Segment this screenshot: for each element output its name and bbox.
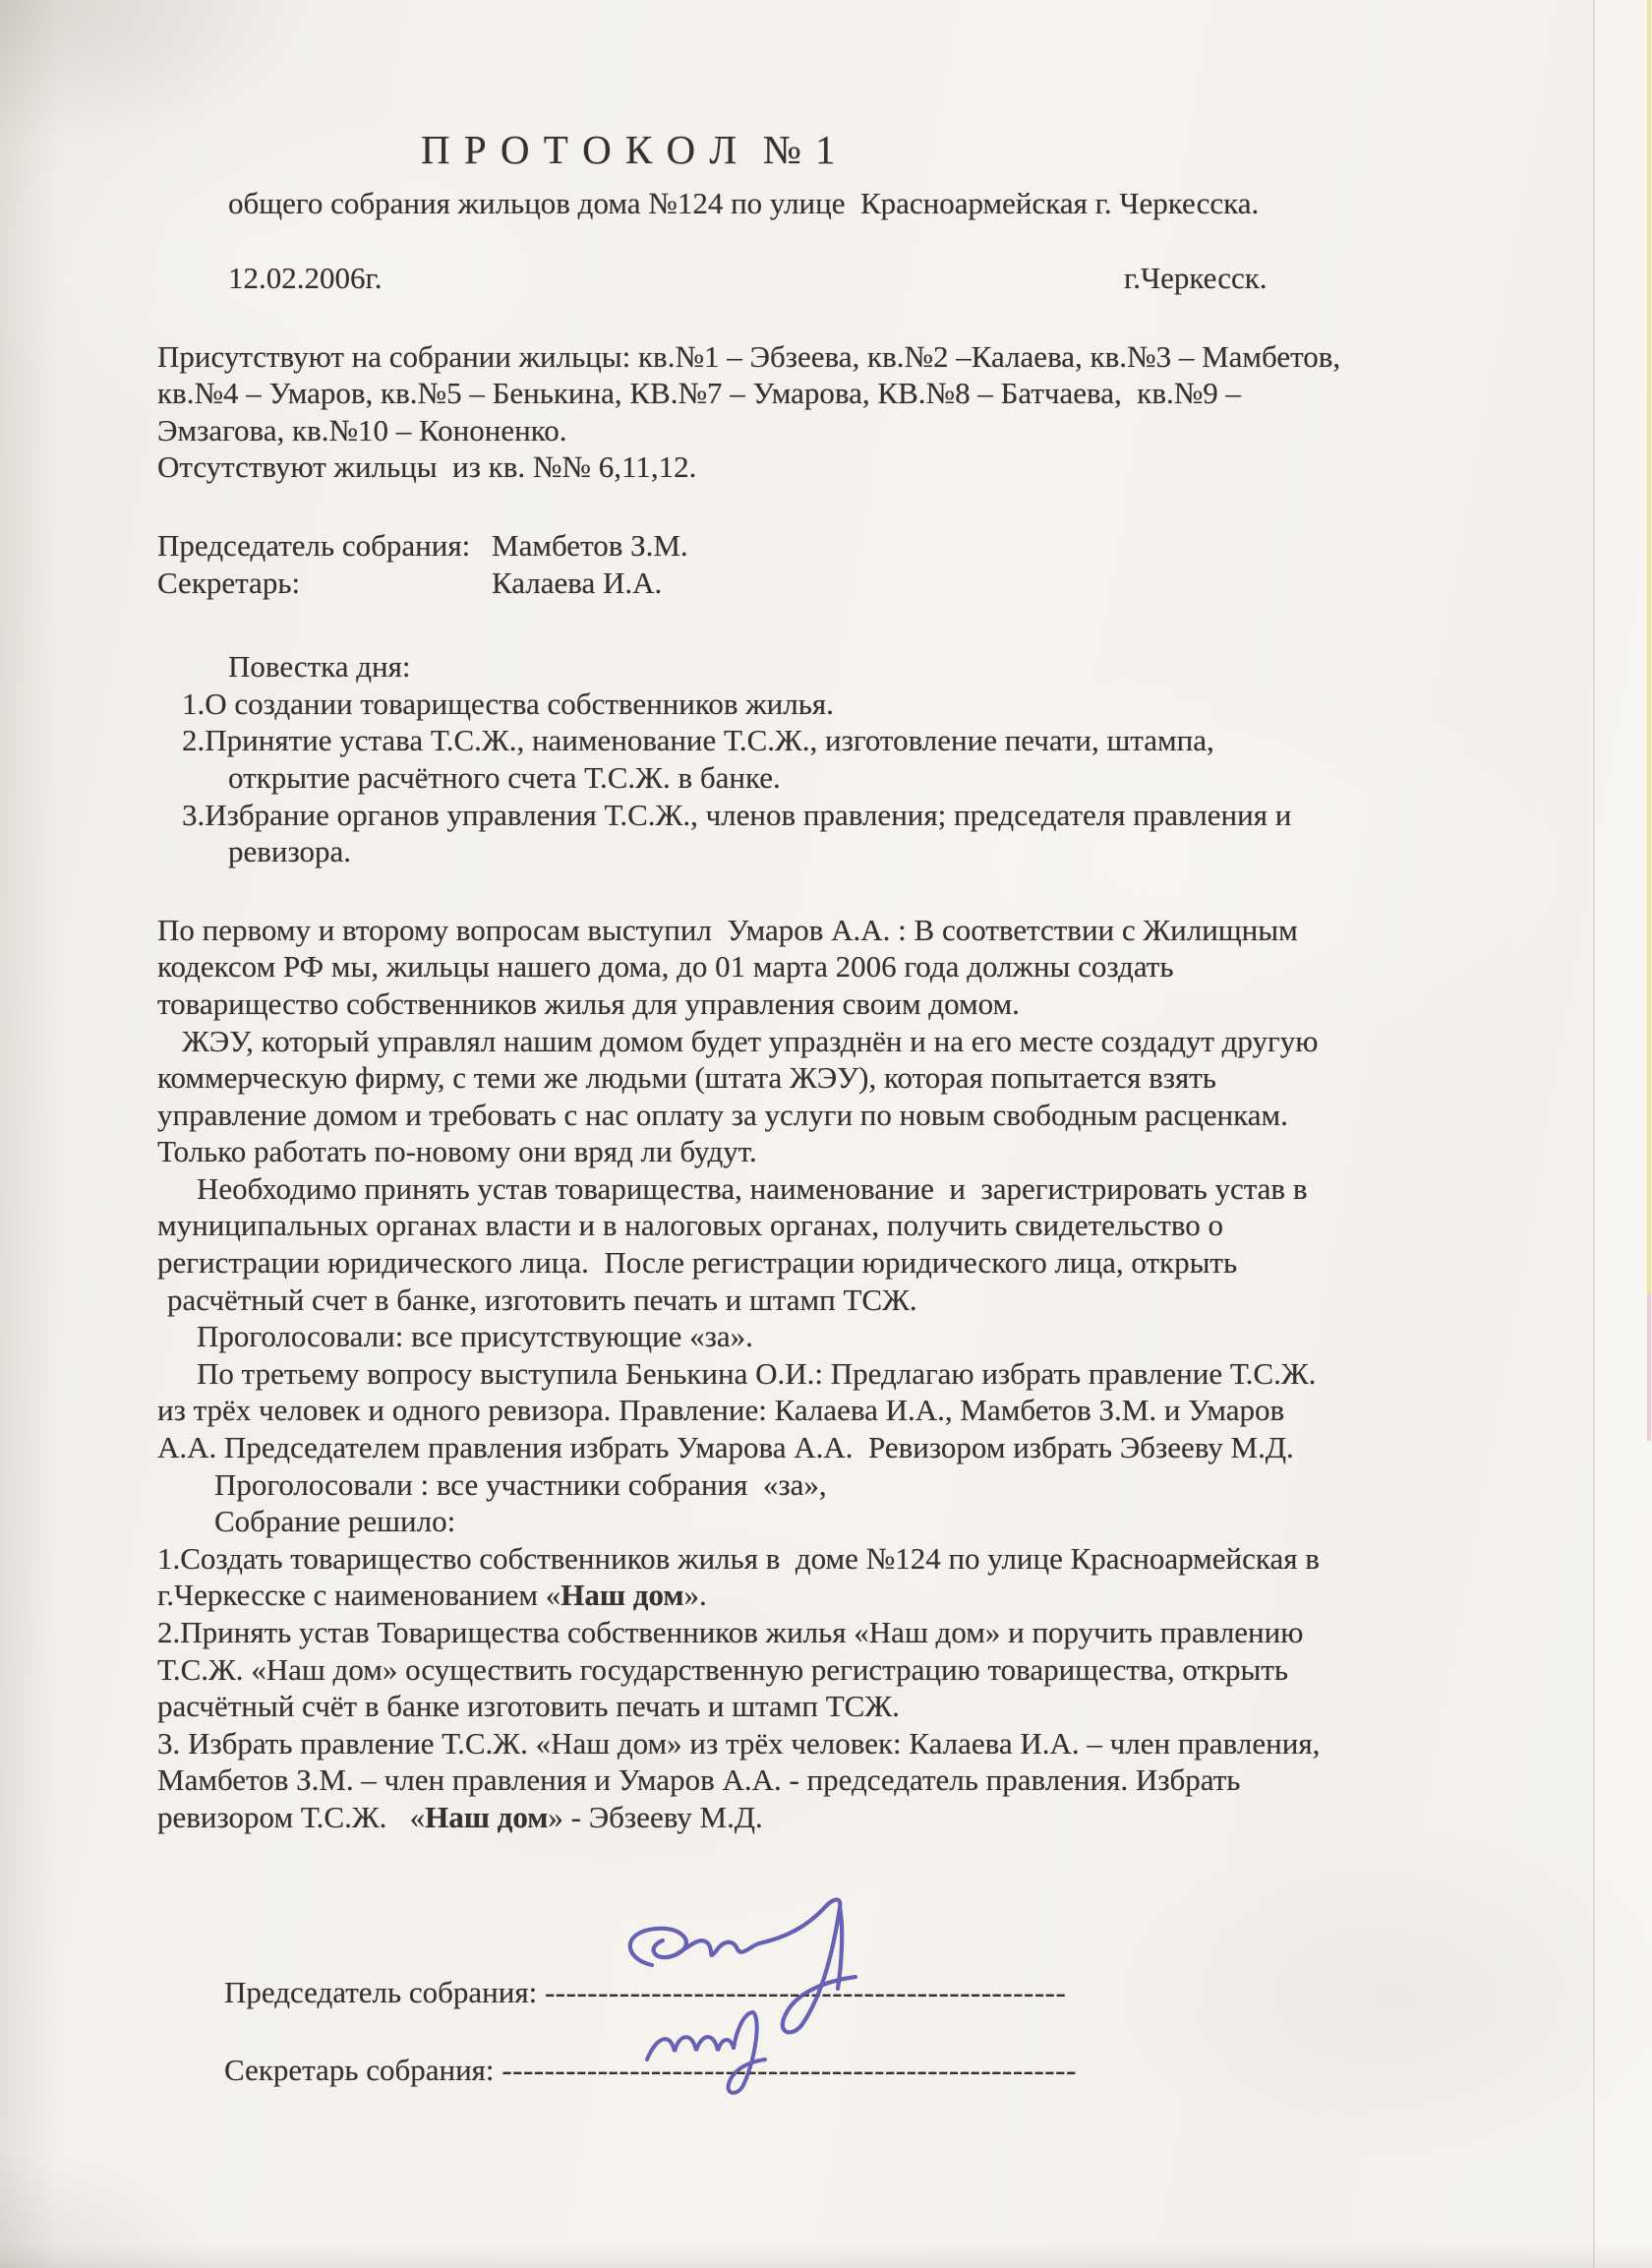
attendees-paragraph: Присутствуют на собрании жильцы: кв.№1 –… (157, 338, 1514, 486)
tsj-name-bold: Наш дом (425, 1800, 548, 1834)
document-city: г.Черкесск. (1124, 260, 1268, 297)
page-title: П Р О Т О К О Л № 1 (421, 126, 1514, 173)
document-date: 12.02.2006г. (228, 260, 382, 297)
chairman-signature-row: Председатель собрания: -----------------… (224, 1974, 1514, 2011)
agenda-item-3: 3.Избрание органов управления Т.С.Ж., чл… (182, 797, 1514, 834)
absent-line: Отсутствуют жильцы из кв. №№ 6,11,12. (157, 448, 1514, 486)
resolved-heading: Собрание решило: (214, 1503, 1514, 1540)
scan-left-shadow (0, 0, 59, 2268)
decision-1-line: г.Черкесске с наименованием «Наш дом». (157, 1577, 1514, 1614)
attendees-line: Эмзагова, кв.№10 – Кононенко. (157, 412, 1514, 449)
body-line: А.А. Председателем правления избрать Ума… (157, 1429, 1514, 1466)
scan-edge-yellow-line (1647, 0, 1651, 1293)
chairman-label: Председатель собрания: (157, 527, 492, 565)
decision-text: ». (683, 1578, 706, 1612)
decision-3-line: ревизором Т.С.Ж. «Наш дом» - Эбзееву М.Д… (157, 1799, 1514, 1836)
decision-text: ревизором Т.С.Ж. « (157, 1800, 425, 1834)
decision-text: г.Черкесске с наименованием « (157, 1578, 560, 1612)
body-line: муниципальных органах власти и в налогов… (157, 1207, 1514, 1244)
agenda-heading: Повестка дня: (228, 648, 1514, 686)
secretary-label: Секретарь: (157, 565, 492, 602)
page-subtitle: общего собрания жильцов дома №124 по ули… (228, 185, 1514, 222)
chairman-row: Председатель собрания: Мамбетов З.М. (157, 527, 1514, 565)
scan-right-strip (1595, 0, 1652, 2268)
decision-text: » - Эбзееву М.Д. (548, 1800, 762, 1834)
decision-2-line: 2.Принять устав Товарищества собственник… (157, 1614, 1514, 1651)
scan-bottom-shadow (0, 2242, 1652, 2268)
secretary-row: Секретарь: Калаева И.А. (157, 565, 1514, 602)
agenda-item-3-continued: ревизора. (228, 833, 1514, 870)
chairman-signature-line: ----------------------------------------… (545, 1975, 1066, 2009)
secretary-name: Калаева И.А. (492, 565, 662, 602)
body-line: кодексом РФ мы, жильцы нашего дома, до 0… (157, 948, 1514, 985)
body-line: По первому и второму вопросам выступил У… (157, 912, 1514, 949)
body-line: управление домом и требовать с нас оплат… (157, 1097, 1514, 1134)
secretary-signature-row: Секретарь собрания: --------------------… (224, 2052, 1514, 2089)
date-row: 12.02.2006г. г.Черкесск. (157, 260, 1514, 297)
secretary-signature-line: ----------------------------------------… (501, 2053, 1076, 2087)
body-line: По третьему вопросу выступила Бенькина О… (197, 1355, 1514, 1393)
body-line: Необходимо принять устав товарищества, н… (197, 1170, 1514, 1208)
body-line: регистрации юридического лица. После рег… (157, 1244, 1514, 1282)
body-line: расчётный счет в банке, изготовить печат… (167, 1282, 1514, 1319)
scan-fold-line (1593, 0, 1595, 2268)
tsj-name-bold: Наш дом (560, 1578, 683, 1612)
minutes-body: По первому и второму вопросам выступил У… (157, 912, 1514, 1836)
vote-result-line: Проголосовали : все участники собрания «… (214, 1466, 1514, 1504)
decision-3-line: Мамбетов З.М. – член правления и Умаров … (157, 1761, 1514, 1799)
body-line: товарищество собственников жилья для упр… (157, 985, 1514, 1023)
vote-result-line: Проголосовали: все присутствующие «за». (197, 1318, 1514, 1355)
secretary-signature-label: Секретарь собрания: (224, 2053, 501, 2087)
decision-3-line: 3. Избрать правление Т.С.Ж. «Наш дом» из… (157, 1725, 1514, 1762)
attendees-line: Присутствуют на собрании жильцы: кв.№1 –… (157, 338, 1514, 376)
body-line: коммерческую фирму, с теми же людьми (шт… (157, 1059, 1514, 1097)
body-line: из трёх человек и одного ревизора. Правл… (157, 1392, 1514, 1429)
agenda-block: Повестка дня: 1.О создании товарищества … (157, 648, 1514, 870)
decision-1-line: 1.Создать товарищество собственников жил… (157, 1540, 1514, 1578)
attendees-line: кв.№4 – Умаров, кв.№5 – Бенькина, КВ.№7 … (157, 375, 1514, 412)
officers-block: Председатель собрания: Мамбетов З.М. Сек… (157, 527, 1514, 601)
agenda-item-2: 2.Принятие устава Т.С.Ж., наименование Т… (182, 722, 1514, 759)
decision-2-line: Т.С.Ж. «Наш дом» осуществить государстве… (157, 1651, 1514, 1689)
chairman-name: Мамбетов З.М. (492, 527, 688, 565)
document-page: П Р О Т О К О Л № 1 общего собрания жиль… (0, 0, 1652, 2268)
document-content: П Р О Т О К О Л № 1 общего собрания жиль… (157, 126, 1514, 2089)
agenda-item-2-continued: открытие расчётного счета Т.С.Ж. в банке… (228, 759, 1514, 797)
scan-edge-pink-line (1647, 1293, 1651, 1441)
agenda-item-1: 1.О создании товарищества собственников … (182, 686, 1514, 723)
decision-2-line: расчётный счёт в банке изготовить печать… (157, 1688, 1514, 1725)
signature-block: Председатель собрания: -----------------… (157, 1974, 1514, 2089)
chairman-signature-label: Председатель собрания: (224, 1975, 545, 2009)
body-line: Только работать по-новому они вряд ли бу… (157, 1133, 1514, 1170)
body-line: ЖЭУ, который управлял нашим домом будет … (182, 1023, 1514, 1060)
